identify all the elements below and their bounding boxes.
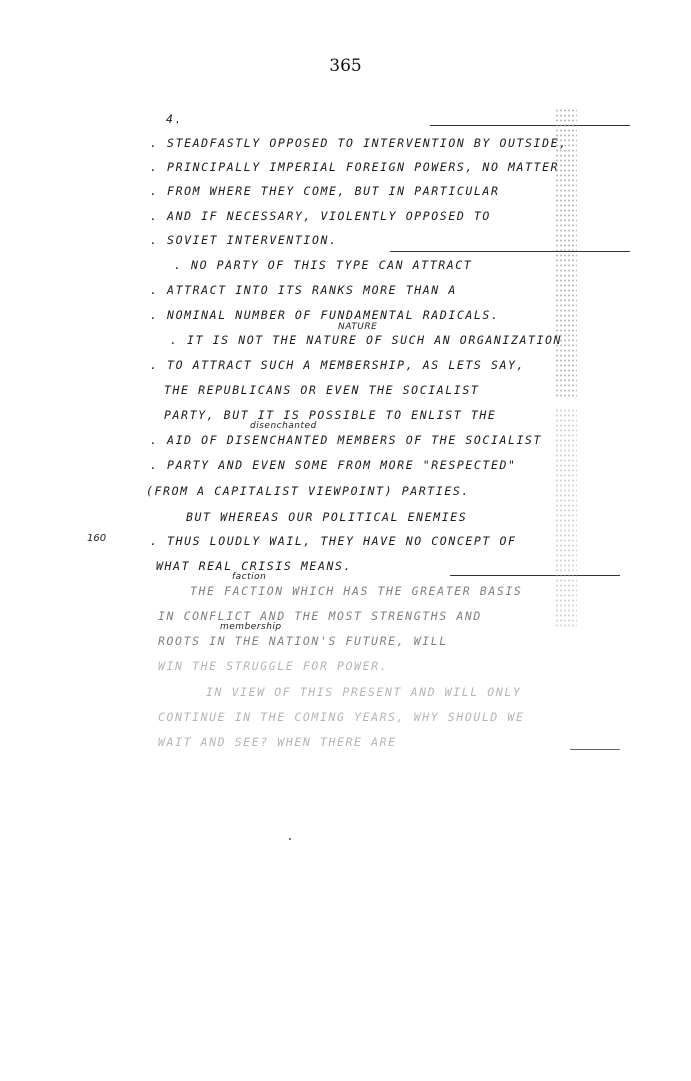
handwritten-line: WIN THE STRUGGLE FOR POWER. <box>158 655 628 680</box>
handwritten-line: WAIT AND SEE? WHEN THERE ARE <box>158 731 628 756</box>
handwritten-line: (FROM A CAPITALIST VIEWPOINT) PARTIES. <box>146 480 616 505</box>
handwritten-line: . ATTRACT INTO ITS RANKS MORE THAN A <box>150 279 620 304</box>
handwritten-line: CONTINUE IN THE COMING YEARS, WHY SHOULD… <box>158 706 628 731</box>
handwritten-line: BUT WHEREAS OUR POLITICAL ENEMIES <box>186 506 656 531</box>
handwritten-line: . PRINCIPALLY IMPERIAL FOREIGN POWERS, N… <box>150 156 620 181</box>
handwritten-line: . AND IF NECESSARY, VIOLENTLY OPPOSED TO <box>150 205 620 230</box>
ruled-line <box>390 251 630 252</box>
margin-note: 160 <box>87 533 106 544</box>
handwritten-line: ROOTS IN THE NATION'S FUTURE, WILL <box>158 630 628 655</box>
ruled-line <box>450 575 620 576</box>
handwritten-line: . THUS LOUDLY WAIL, THEY HAVE NO CONCEPT… <box>150 530 620 555</box>
handwritten-scan: 4. . STEADFASTLY OPPOSED TO INTERVENTION… <box>150 108 634 768</box>
ruled-line <box>570 749 620 750</box>
scan-noise <box>555 108 577 398</box>
handwritten-line: . FROM WHERE THEY COME, BUT IN PARTICULA… <box>150 180 620 205</box>
handwritten-line: . PARTY AND EVEN SOME FROM MORE "RESPECT… <box>150 454 620 479</box>
scan-noise <box>555 408 577 628</box>
ruled-line <box>430 125 630 126</box>
handwritten-line: . NOMINAL NUMBER OF FUNDAMENTAL RADICALS… <box>150 304 620 329</box>
handwritten-line: THE FACTION WHICH HAS THE GREATER BASIS <box>190 580 660 605</box>
handwritten-line: . TO ATTRACT SUCH A MEMBERSHIP, AS LETS … <box>150 354 620 379</box>
handwritten-line: . STEADFASTLY OPPOSED TO INTERVENTION BY… <box>150 132 620 157</box>
scan-speck <box>289 838 291 840</box>
page-number: 365 <box>0 56 691 76</box>
handwritten-line: . AID OF DISENCHANTED MEMBERS OF THE SOC… <box>150 429 620 454</box>
handwritten-line: IN VIEW OF THIS PRESENT AND WILL ONLY <box>206 681 676 706</box>
